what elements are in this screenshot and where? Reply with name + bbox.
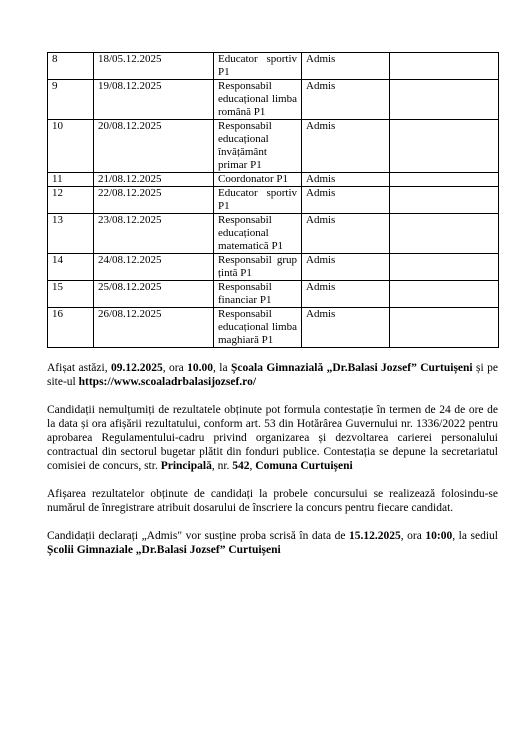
table-row: 919/08.12.2025Responsabil educațional li… — [48, 80, 499, 120]
posting-notice: Afișat astăzi, 09.12.2025, ora 10.00, la… — [47, 361, 498, 389]
registration-code-cell: 23/08.12.2025 — [94, 214, 214, 254]
row-number-cell: 14 — [48, 254, 94, 281]
results-display-notice: Afișarea rezultatelor obținute de candid… — [47, 487, 498, 515]
note-cell — [390, 281, 499, 308]
row-number-cell: 15 — [48, 281, 94, 308]
result-cell: Admis — [302, 187, 390, 214]
position-cell: Coordonator P1 — [214, 173, 302, 187]
row-number-cell: 12 — [48, 187, 94, 214]
result-cell: Admis — [302, 173, 390, 187]
note-cell — [390, 214, 499, 254]
note-cell — [390, 308, 499, 348]
position-cell: Responsabil educațional limba maghiară P… — [214, 308, 302, 348]
result-cell: Admis — [302, 80, 390, 120]
table-row: 1222/08.12.2025Educator sportiv P1Admis — [48, 187, 499, 214]
position-cell: Responsabil grup țintă P1 — [214, 254, 302, 281]
commune-name: Comuna Curtuișeni — [255, 460, 352, 472]
result-cell: Admis — [302, 214, 390, 254]
table-row: 1323/08.12.2025Responsabil educațional m… — [48, 214, 499, 254]
table-row: 1525/08.12.2025Responsabil financiar P1A… — [48, 281, 499, 308]
position-cell: Responsabil financiar P1 — [214, 281, 302, 308]
row-number-cell: 11 — [48, 173, 94, 187]
school-name: Școala Gimnazială „Dr.Balasi Jozsef” Cur… — [231, 362, 473, 374]
registration-code-cell: 21/08.12.2025 — [94, 173, 214, 187]
row-number-cell: 8 — [48, 53, 94, 80]
row-number-cell: 9 — [48, 80, 94, 120]
street-number: 542 — [232, 460, 249, 472]
result-cell: Admis — [302, 281, 390, 308]
registration-code-cell: 19/08.12.2025 — [94, 80, 214, 120]
document-page: 818/05.12.2025Educator sportiv P1Admis91… — [47, 52, 498, 557]
results-table: 818/05.12.2025Educator sportiv P1Admis91… — [47, 52, 499, 348]
table-row: 1020/08.12.2025Responsabil educațional î… — [48, 120, 499, 173]
registration-code-cell: 18/05.12.2025 — [94, 53, 214, 80]
website-link[interactable]: https://www.scoaladrbalasijozsef.ro/ — [79, 376, 256, 388]
result-cell: Admis — [302, 120, 390, 173]
note-cell — [390, 80, 499, 120]
result-cell: Admis — [302, 254, 390, 281]
result-cell: Admis — [302, 53, 390, 80]
note-cell — [390, 53, 499, 80]
row-number-cell: 10 — [48, 120, 94, 173]
position-cell: Responsabil educațional matematică P1 — [214, 214, 302, 254]
table-row: 1424/08.12.2025Responsabil grup țintă P1… — [48, 254, 499, 281]
written-exam-notice: Candidații declarați „Admis" vor susține… — [47, 529, 498, 557]
registration-code-cell: 22/08.12.2025 — [94, 187, 214, 214]
exam-date: 15.12.2025 — [349, 530, 401, 542]
note-cell — [390, 254, 499, 281]
registration-code-cell: 26/08.12.2025 — [94, 308, 214, 348]
note-cell — [390, 120, 499, 173]
table-row: 818/05.12.2025Educator sportiv P1Admis — [48, 53, 499, 80]
exam-location: Școlii Gimnaziale „Dr.Balasi Jozsef” Cur… — [47, 544, 281, 556]
registration-code-cell: 20/08.12.2025 — [94, 120, 214, 173]
registration-code-cell: 24/08.12.2025 — [94, 254, 214, 281]
position-cell: Educator sportiv P1 — [214, 53, 302, 80]
position-cell: Responsabil educațional limba română P1 — [214, 80, 302, 120]
result-cell: Admis — [302, 308, 390, 348]
street-name: Principală — [161, 460, 212, 472]
registration-code-cell: 25/08.12.2025 — [94, 281, 214, 308]
position-cell: Responsabil educațional învățământ prima… — [214, 120, 302, 173]
table-row: 1626/08.12.2025Responsabil educațional l… — [48, 308, 499, 348]
note-cell — [390, 187, 499, 214]
posting-date: 09.12.2025 — [111, 362, 163, 374]
row-number-cell: 16 — [48, 308, 94, 348]
position-cell: Educator sportiv P1 — [214, 187, 302, 214]
exam-time: 10:00 — [425, 530, 452, 542]
appeal-notice: Candidații nemulțumiți de rezultatele ob… — [47, 403, 498, 473]
table-row: 1121/08.12.2025Coordonator P1Admis — [48, 173, 499, 187]
note-cell — [390, 173, 499, 187]
row-number-cell: 13 — [48, 214, 94, 254]
posting-time: 10.00 — [187, 362, 213, 374]
